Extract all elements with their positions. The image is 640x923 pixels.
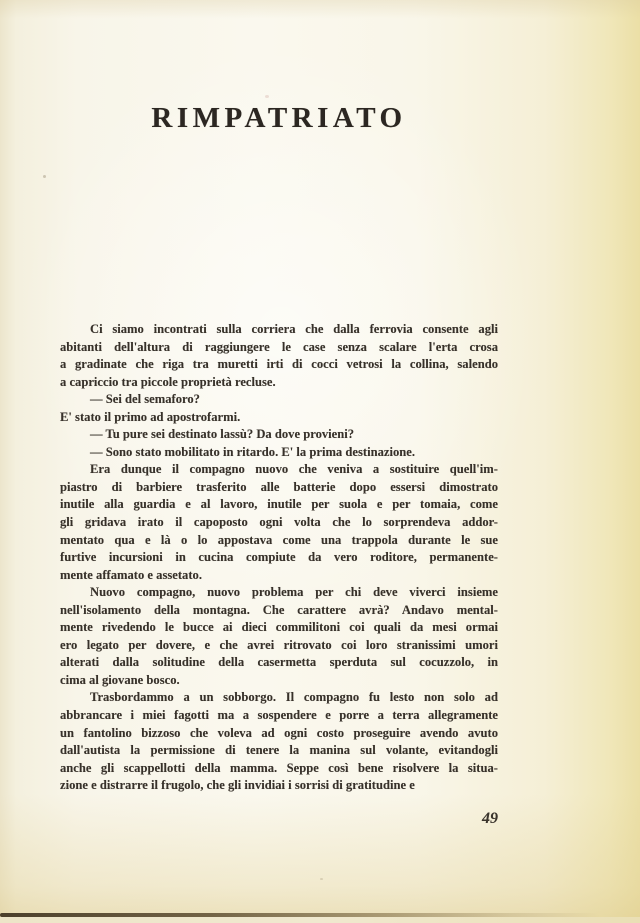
- text-line: zione e distrarre il frugolo, che gli in…: [60, 777, 498, 795]
- paper-speck: [320, 878, 323, 880]
- text-line: Ci siamo incontrati sulla corriera che d…: [60, 321, 498, 339]
- text-line: — Sono stato mobilitato in ritardo. E' l…: [60, 444, 498, 462]
- text-line: mente affamato e assetato.: [60, 567, 498, 585]
- text-line: abitanti dell'altura di raggiungere le c…: [60, 339, 498, 357]
- text-line: E' stato il primo ad apostrofarmi.: [60, 409, 498, 427]
- page-number: 49: [60, 810, 498, 828]
- body-text: Ci siamo incontrati sulla corriera che d…: [60, 321, 498, 795]
- text-line: cima al giovane bosco.: [60, 672, 498, 690]
- text-line: anche gli scappellotti della mamma. Sepp…: [60, 760, 498, 778]
- text-line: — Tu pure sei destinato lassù? Da dove p…: [60, 426, 498, 444]
- text-line: — Sei del semaforo?: [60, 391, 498, 409]
- text-line: dall'autista la permissione di tenere la…: [60, 742, 498, 760]
- chapter-title: RIMPATRIATO: [60, 102, 498, 135]
- text-line: Nuovo compagno, nuovo problema per chi d…: [60, 584, 498, 602]
- paper-speck: [43, 175, 46, 178]
- text-line: ero legato per dovere, e che avrei ritro…: [60, 637, 498, 655]
- paper-speck: [265, 95, 269, 98]
- text-line: gli gridava irato il capoposto ogni volt…: [60, 514, 498, 532]
- text-line: a gradinate che riga tra muretti irti di…: [60, 356, 498, 374]
- text-line: a capriccio tra piccole proprietà reclus…: [60, 374, 498, 392]
- text-line: abbrancare i miei fagotti ma a sospender…: [60, 707, 498, 725]
- book-page: RIMPATRIATO Ci siamo incontrati sulla co…: [0, 0, 640, 923]
- text-line: Trasbordammo a un sobborgo. Il compagno …: [60, 689, 498, 707]
- text-line: furtive incursioni in cucina compiute da…: [60, 549, 498, 567]
- page-bottom-strip: [0, 917, 640, 923]
- text-line: inutile alla guardia e al lavoro, inutil…: [60, 496, 498, 514]
- text-line: un fantolino bizzoso che voleva ad ogni …: [60, 725, 498, 743]
- text-line: alterati dalla solitudine della casermet…: [60, 654, 498, 672]
- text-line: mente rivedendo le bucce ai dieci commil…: [60, 619, 498, 637]
- text-line: nell'isolamento della montagna. Che cara…: [60, 602, 498, 620]
- text-line: mentato qua e là o lo appostava come una…: [60, 532, 498, 550]
- text-line: piastro di barbiere trasferito alle batt…: [60, 479, 498, 497]
- text-line: Era dunque il compagno nuovo che veniva …: [60, 461, 498, 479]
